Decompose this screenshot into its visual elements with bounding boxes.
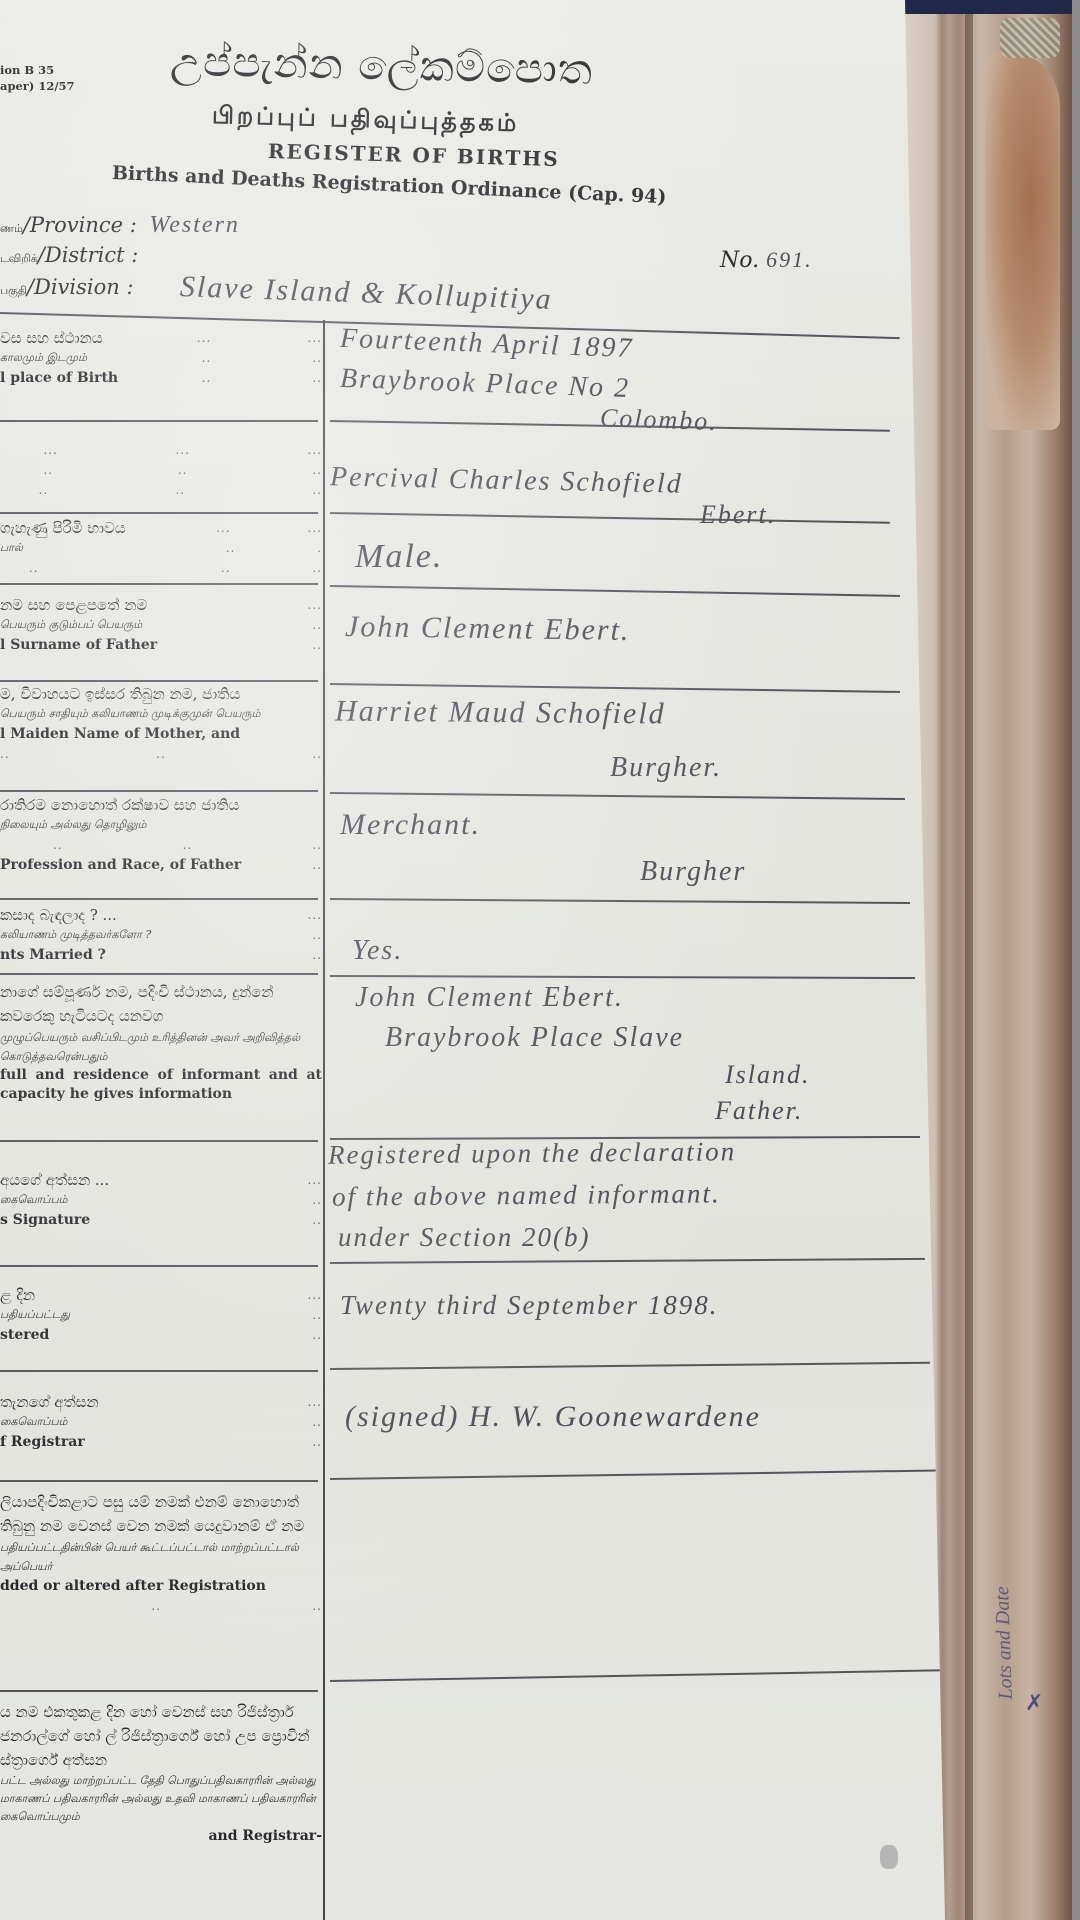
entry-label: ළ දින... பதியப்பட்டது.. stered.. (0, 1285, 322, 1345)
photograph: Lots and Date ✗ ion B 35 aper) 12/57 උප්… (0, 0, 1072, 1920)
entry-label: ගැහැණු පිරිමි භාවය... ... பால்.. . .... … (0, 518, 322, 578)
entry-label: රාතිරම නොහොත් රක්ෂාව සහ ජාතිය நிலையும் அ… (0, 795, 322, 875)
entry-label: නාගේ සම්පූර්ණ නම, පදිංචි ස්ථානය, දුන්නේ … (0, 980, 322, 1104)
row-rule (0, 898, 318, 900)
form-id-line: aper) 12/57 (0, 78, 75, 94)
label-english: full and residence of informant and at c… (0, 1066, 322, 1104)
torn-page-curl (985, 50, 1060, 430)
label-english: s Signature (0, 1210, 90, 1230)
registration-date-value: Twenty third September 1898. (340, 1290, 718, 1321)
father-name-value: John Clement Ebert. (345, 610, 631, 648)
informant-name-value: John Clement Ebert. (355, 982, 624, 1014)
ink-smudge (880, 1845, 898, 1869)
title-tamil: பிறப்புப் பதிவுப்புத்தகம் (212, 100, 520, 140)
label-tamil: காலமும் இடமும் (0, 348, 87, 368)
label-tamil: கலியாணம் முடித்தவர்களோ ? (0, 925, 151, 945)
informant-signature-line2: of the above named informant. (332, 1178, 721, 1212)
province-value: Western (149, 212, 239, 238)
child-name-value: Percival Charles Schofield (330, 461, 683, 500)
father-race-value: Burgher (640, 856, 746, 888)
row-rule (0, 1265, 318, 1267)
label-english: nts Married ? (0, 945, 106, 965)
birth-place-value: Braybrook Place No 2 (340, 363, 631, 405)
label-tamil: நிலையும் அல்லது தொழிலும் (0, 815, 146, 835)
row-rule (330, 1469, 940, 1480)
row-rule (330, 585, 900, 597)
row-rule (0, 1690, 318, 1692)
row-rule (0, 1480, 318, 1482)
entry-label: වස සහ ස්ථානය... ... காலமும் இடமும்.. .. … (0, 328, 322, 388)
division-field: பகுதி/Division : (0, 275, 134, 299)
label-tamil: பால் (0, 538, 23, 558)
registration-number-value: 691. (766, 247, 813, 272)
row-rule (0, 512, 318, 514)
district-label: /District : (38, 243, 139, 267)
row-rule (0, 1370, 318, 1372)
row-rule (330, 1258, 925, 1264)
row-rule (0, 583, 318, 585)
label-english: l Maiden Name of Mother, and (0, 724, 240, 744)
row-rule (330, 683, 900, 693)
label-sinhala: රාතිරම නොහොත් රක්ෂාව සහ ජාතිය (0, 795, 239, 815)
label-english: Profession and Race, of Father (0, 855, 241, 875)
form-id: ion B 35 aper) 12/57 (0, 62, 75, 94)
entry-label: නම සහ පෙළපතේ නම... பெயரும் குடும்பப் பெய… (0, 595, 322, 655)
label-tamil: கைவொப்பம் (0, 1190, 68, 1210)
label-sinhala: ම, විවාහයට ඉස්සර තිබුන නම, ජාතිය (0, 684, 240, 704)
province-label: /Province : (23, 213, 137, 237)
entry-label: කසාද බැඳලාද ? ...... கலியாணம் முடித்தவர்… (0, 905, 322, 965)
label-english: f Registrar (0, 1432, 85, 1452)
row-rule (0, 973, 318, 975)
label-sinhala: ලියාපදිංචිකළාට පසු යම් නමක් ළුනම් නොහොත්… (0, 1490, 322, 1538)
row-rule (330, 1669, 945, 1682)
row-rule (330, 792, 905, 800)
province-label-tamil: ணம் (0, 222, 23, 235)
label-tamil: பெயரும் சாதியும் கலியாணம் முடிக்குமுன் ப… (0, 704, 260, 724)
entry-label: ම, විවාහයට ඉස්සර තිබුන නම, ජාතිය பெயரும்… (0, 684, 322, 764)
label-tamil: பட்ட அல்லது மாற்றப்பட்ட தேதி பொதுப்பதிவக… (0, 1772, 322, 1826)
parents-married-value: Yes. (352, 935, 403, 967)
registration-number-label: No. (720, 248, 759, 273)
birth-place-city-value: Colombo. (600, 403, 719, 437)
registrar-signature-value: (signed) H. W. Goonewardene (345, 1400, 761, 1434)
title-sinhala: උප්පැන්න ලේකම්පොත (169, 36, 593, 95)
spine-mark: ✗ (1025, 1690, 1043, 1716)
informant-residence-line2: Island. (725, 1060, 811, 1090)
binding-string (1000, 18, 1060, 58)
label-english: dded or altered after Registration (0, 1576, 322, 1596)
row-rule (330, 975, 915, 979)
row-rule (330, 1362, 930, 1370)
informant-signature-line1: Registered upon the declaration (328, 1136, 736, 1171)
label-tamil: கைவொப்பம் (0, 1412, 68, 1432)
child-surname-value: Ebert. (700, 500, 776, 530)
form-id-line: ion B 35 (0, 62, 75, 78)
label-sinhala: නම සහ පෙළපතේ නම (0, 595, 147, 615)
sex-value: Male. (355, 538, 443, 576)
label-sinhala: වස සහ ස්ථානය (0, 328, 103, 348)
spine-stamp: Lots and Date (991, 1586, 1018, 1700)
row-rule (0, 680, 318, 682)
mother-name-value: Harriet Maud Schofield (335, 695, 666, 732)
column-divider (323, 320, 325, 1920)
informant-capacity-value: Father. (715, 1096, 803, 1126)
province-field: ணம்/Province : Western (0, 212, 240, 239)
label-sinhala: අයගේ අත්සන ... (0, 1170, 109, 1190)
label-tamil: பெயரும் குடும்பப் பெயரும் (0, 615, 142, 635)
father-profession-value: Merchant. (340, 808, 481, 842)
label-tamil: முழுப்பெயரும் வசிப்பிடமும் உரித்தினன் அவ… (0, 1028, 322, 1066)
informant-residence-value: Braybrook Place Slave (385, 1022, 684, 1054)
entry-label: ය නම එකතුකළ දින හෝ වෙනස් සහ රිජිස්ත්‍රාර… (0, 1700, 322, 1846)
title-english: REGISTER OF BIRTHS (268, 139, 560, 171)
row-rule (0, 790, 318, 792)
row-rule (0, 420, 318, 422)
label-english: stered (0, 1325, 49, 1345)
division-value: Slave Island & Kollupitiya (179, 270, 553, 317)
register-page: ion B 35 aper) 12/57 උප්පැන්න ලේකම්පොත ப… (0, 0, 945, 1920)
informant-signature-line3: under Section 20(b) (338, 1222, 590, 1253)
district-field: டவிறிக்/District : (0, 243, 138, 268)
registration-number: No. 691. (720, 247, 813, 273)
entry-label: අයගේ අත්සන ...... கைவொப்பம்.. s Signatur… (0, 1170, 322, 1230)
subtitle: Births and Deaths Registration Ordinance… (112, 162, 667, 208)
label-sinhala: නාගේ සම්පූර්ණ නම, පදිංචි ස්ථානය, දුන්නේ … (0, 980, 322, 1028)
division-label: /Division : (27, 275, 134, 299)
entry-label: ලියාපදිංචිකළාට පසු යම් නමක් ළුනම් නොහොත්… (0, 1490, 322, 1616)
label-english: l place of Birth (0, 368, 118, 388)
label-english: and Registrar- (0, 1826, 322, 1846)
division-label-tamil: பகுதி (0, 284, 27, 297)
row-rule (330, 898, 910, 904)
label-sinhala: ය නම එකතුකළ දින හෝ වෙනස් සහ රිජිස්ත්‍රාර… (0, 1700, 322, 1772)
label-sinhala: කසාද බැඳලාද ? ... (0, 905, 117, 925)
label-tamil: பதியப்பட்டதின்பின் பெயர் கூட்டப்பட்டால் … (0, 1538, 322, 1576)
row-rule (0, 1140, 318, 1142)
label-english: l Surname of Father (0, 635, 157, 655)
entry-label: තැනගේ අත්සන... கைவொப்பம்.. f Registrar.. (0, 1392, 322, 1452)
entry-label: ......... ...... ...... (0, 440, 322, 500)
mother-race-value: Burgher. (610, 752, 722, 784)
label-tamil: பதியப்பட்டது (0, 1305, 70, 1325)
row-rule (330, 512, 890, 524)
label-sinhala: ගැහැණු පිරිමි භාවය (0, 518, 126, 538)
label-sinhala: තැනගේ අත්සන (0, 1392, 99, 1412)
district-label-tamil: டவிறிக் (0, 252, 38, 265)
label-sinhala: ළ දින (0, 1285, 35, 1305)
